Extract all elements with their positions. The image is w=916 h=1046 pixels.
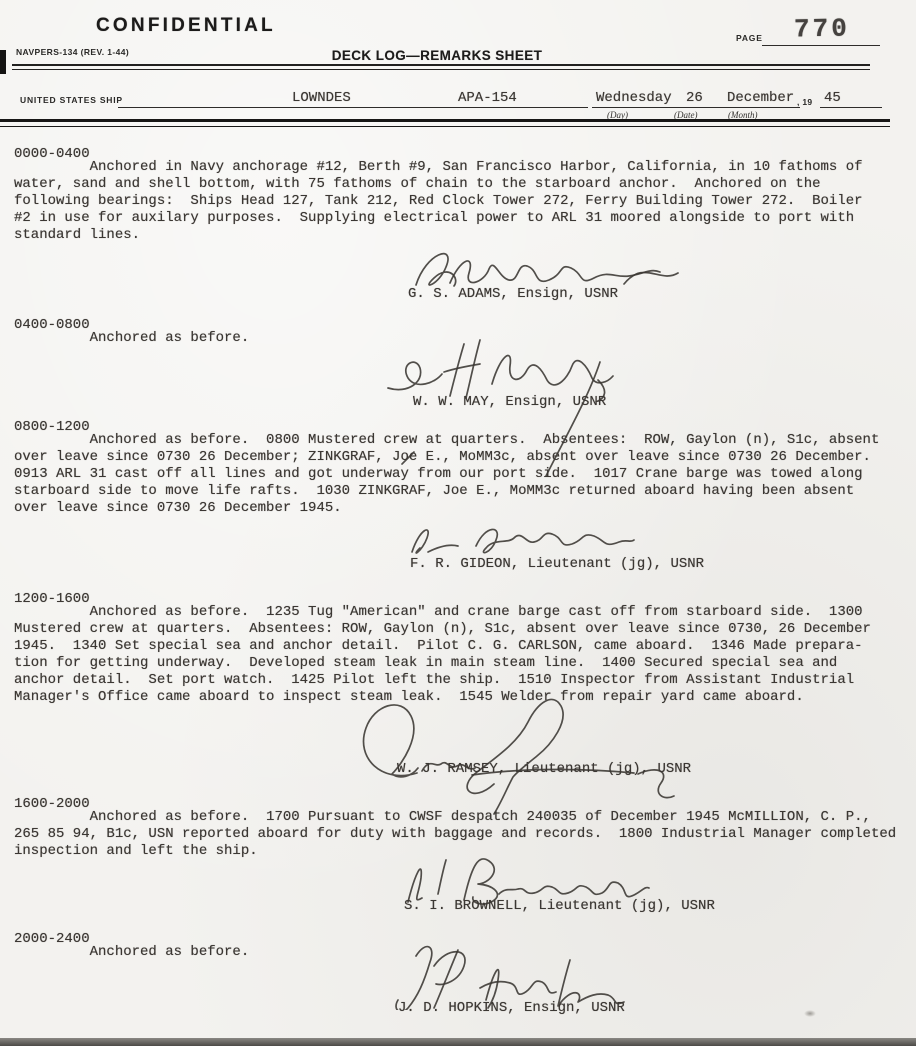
scan-bottom-edge xyxy=(0,1038,916,1046)
form-number: NAVPERS-134 (REV. 1-44) xyxy=(16,47,129,57)
ship-underline xyxy=(118,107,588,108)
year-underline xyxy=(820,107,882,108)
ship-label: UNITED STATES SHIP xyxy=(20,95,123,105)
header-heavy-divider xyxy=(0,119,890,127)
log-entry-0800-1200: Anchored as before. 0800 Mustered crew a… xyxy=(14,432,910,517)
signature-name-adams: G. S. ADAMS, Ensign, USNR xyxy=(408,286,618,303)
date-date-value: 26 xyxy=(686,90,703,107)
ship-name-value: LOWNDES xyxy=(292,90,351,107)
page-number: 770 xyxy=(794,14,850,45)
page-number-underline xyxy=(762,45,880,46)
header-divider xyxy=(12,64,870,70)
hull-number-value: APA-154 xyxy=(458,90,517,107)
date-year-value: 45 xyxy=(824,90,841,107)
ramsey-signature xyxy=(322,688,722,816)
date-day-value: Wednesday xyxy=(596,90,672,107)
scan-edge-artifact xyxy=(0,50,6,74)
deck-log-remarks-sheet: CONFIDENTIAL PAGE 770 NAVPERS-134 (REV. … xyxy=(0,0,916,1046)
ink-smudge-artifact xyxy=(804,1010,816,1017)
may-signature xyxy=(380,336,660,402)
classification-stamp: CONFIDENTIAL xyxy=(96,15,276,37)
gideon-signature xyxy=(398,518,638,560)
signature-name-brownell: S. I. BROWNELL, Lieutenant (jg), USNR xyxy=(404,898,715,915)
signature-name-ramsey: W. J. RAMSEY, Lieutenant (jg), USNR xyxy=(397,761,691,778)
year-prefix: , 19 xyxy=(797,97,812,107)
date-underline xyxy=(592,107,800,108)
signature-name-gideon: F. R. GIDEON, Lieutenant (jg), USNR xyxy=(410,556,704,573)
page-label: PAGE xyxy=(736,33,763,43)
date-month-value: December xyxy=(727,90,794,107)
page-title: DECK LOG—REMARKS SHEET xyxy=(297,48,577,63)
log-entry-0000-0400: Anchored in Navy anchorage #12, Berth #9… xyxy=(14,159,910,244)
signature-name-hopkins: J. D. HOPKINS, Ensign, USNR xyxy=(398,1000,625,1017)
